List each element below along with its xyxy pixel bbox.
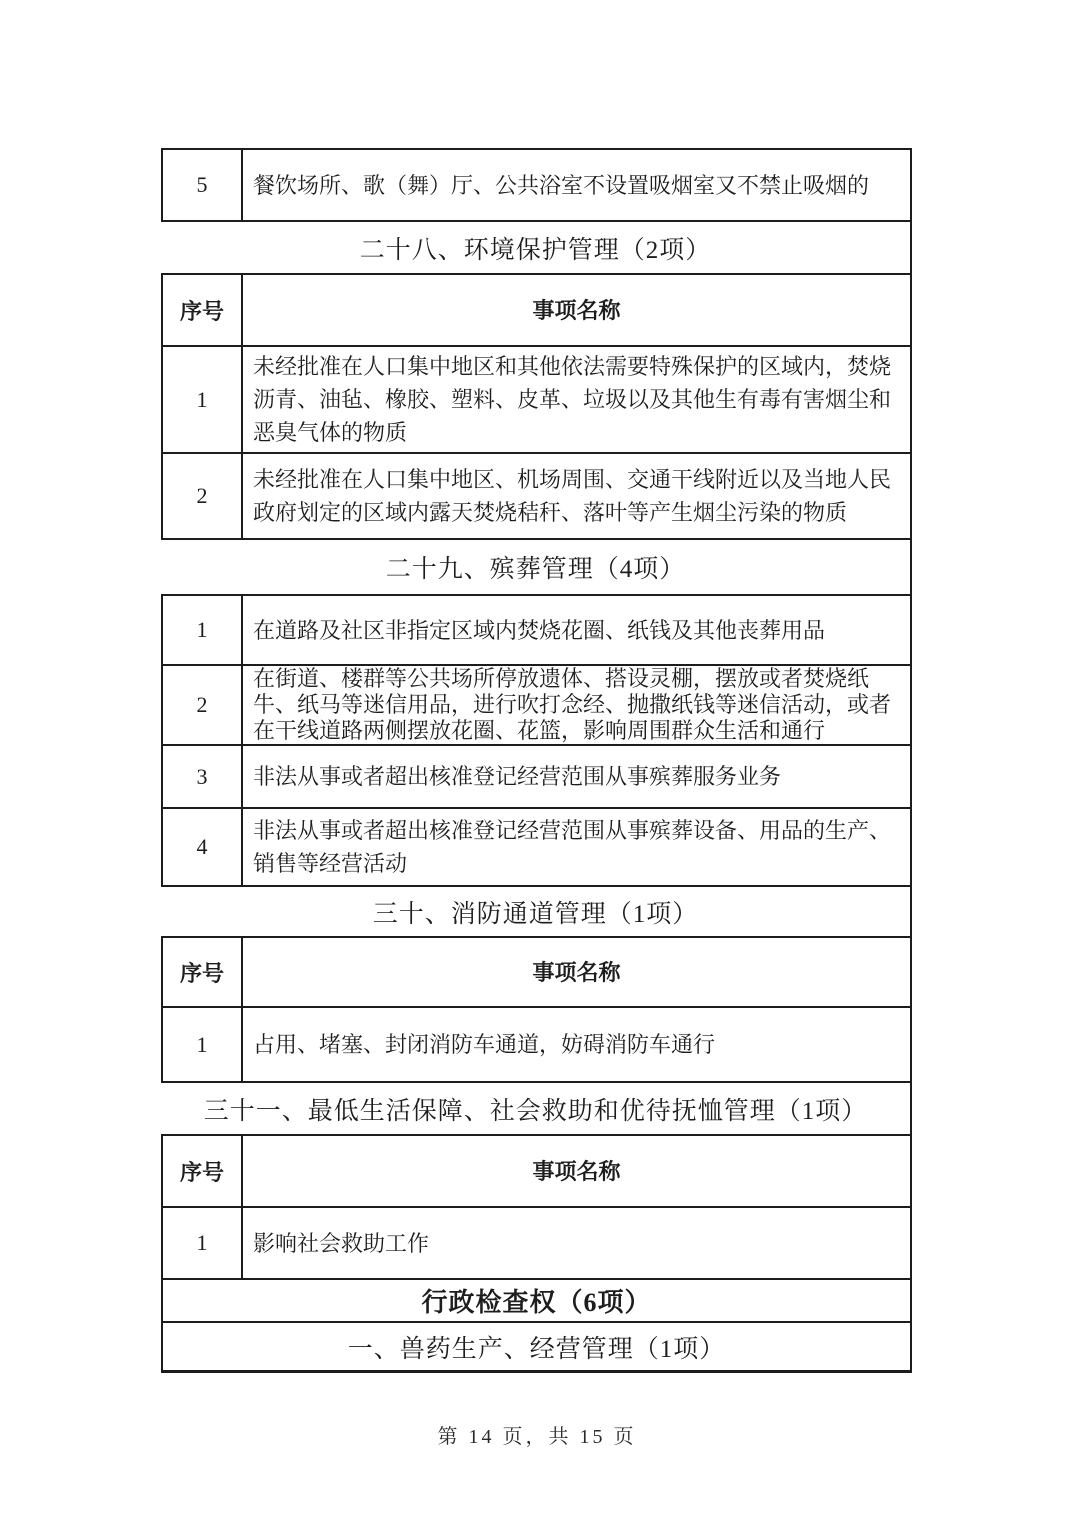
table-row: 3 非法从事或者超出核准登记经营范围从事殡葬服务业务 xyxy=(163,746,910,809)
table-header-row: 序号 事项名称 xyxy=(163,275,910,347)
row-number-cell: 1 xyxy=(163,1008,243,1081)
table-header-row: 序号 事项名称 xyxy=(163,938,910,1008)
row-number-cell: 5 xyxy=(163,150,243,220)
column-header-number: 序号 xyxy=(163,275,243,345)
table-row: 1 未经批准在人口集中地区和其他依法需要特殊保护的区域内，焚烧沥青、油毡、橡胶、… xyxy=(163,347,910,454)
section-title-31: 三十一、最低生活保障、社会救助和优待抚恤管理（1项） xyxy=(161,1083,910,1134)
section-title-30: 三十、消防通道管理（1项） xyxy=(161,887,910,936)
table-row: 2 未经批准在人口集中地区、机场周围、交通干线附近以及当地人民政府划定的区域内露… xyxy=(163,454,910,540)
row-number-cell: 2 xyxy=(163,454,243,538)
section-title-29: 二十九、殡葬管理（4项） xyxy=(161,540,910,594)
table-row: 2 在街道、楼群等公共场所停放遗体、搭设灵棚，摆放或者焚烧纸牛、纸马等迷信用品，… xyxy=(163,666,910,746)
row-text-cell: 未经批准在人口集中地区、机场周围、交通干线附近以及当地人民政府划定的区域内露天焚… xyxy=(243,454,910,538)
column-header-name: 事项名称 xyxy=(243,275,910,345)
column-header-name: 事项名称 xyxy=(243,1136,910,1206)
row-text-cell: 影响社会救助工作 xyxy=(243,1208,910,1278)
table-row: 4 非法从事或者超出核准登记经营范围从事殡葬设备、用品的生产、销售等经营活动 xyxy=(163,809,910,887)
row-number-cell: 3 xyxy=(163,746,243,807)
row-number-cell: 4 xyxy=(163,809,243,885)
table-row: 1 影响社会救助工作 xyxy=(163,1208,910,1280)
table-row: 1 占用、堵塞、封闭消防车通道，妨碍消防车通行 xyxy=(163,1008,910,1083)
table-section-29: 1 在道路及社区非指定区域内焚烧花圈、纸钱及其他丧葬用品 2 在街道、楼群等公共… xyxy=(161,594,910,887)
column-header-number: 序号 xyxy=(163,1136,243,1206)
row-text-cell: 在街道、楼群等公共场所停放遗体、搭设灵棚，摆放或者焚烧纸牛、纸马等迷信用品，进行… xyxy=(243,666,910,744)
section-title-28: 二十八、环境保护管理（2项） xyxy=(161,222,910,273)
table-section-30: 序号 事项名称 1 占用、堵塞、封闭消防车通道，妨碍消防车通行 xyxy=(161,936,910,1083)
column-header-number: 序号 xyxy=(163,938,243,1006)
row-text-cell: 在道路及社区非指定区域内焚烧花圈、纸钱及其他丧葬用品 xyxy=(243,596,910,664)
table-row: 5 餐饮场所、歌（舞）厅、公共浴室不设置吸烟室又不禁止吸烟的 xyxy=(163,150,910,222)
row-number-cell: 1 xyxy=(163,596,243,664)
row-text-cell: 餐饮场所、歌（舞）厅、公共浴室不设置吸烟室又不禁止吸烟的 xyxy=(243,150,910,220)
row-number-cell: 2 xyxy=(163,666,243,744)
page-number-footer: 第 14 页，共 15 页 xyxy=(0,1420,1074,1449)
table-carryover: 5 餐饮场所、歌（舞）厅、公共浴室不设置吸烟室又不禁止吸烟的 xyxy=(161,148,910,222)
row-text-cell: 非法从事或者超出核准登记经营范围从事殡葬服务业务 xyxy=(243,746,910,807)
row-text-cell: 占用、堵塞、封闭消防车通道，妨碍消防车通行 xyxy=(243,1008,910,1081)
row-number-cell: 1 xyxy=(163,347,243,452)
content-column: 5 餐饮场所、歌（舞）厅、公共浴室不设置吸烟室又不禁止吸烟的 二十八、环境保护管… xyxy=(161,148,912,1373)
table-header-row: 序号 事项名称 xyxy=(163,1136,910,1208)
inspection-rights-banner: 行政检查权（6项） xyxy=(163,1280,910,1323)
column-header-name: 事项名称 xyxy=(243,938,910,1006)
table-section-31: 序号 事项名称 1 影响社会救助工作 行政检查权（6项） 一、兽药生产、经营管理… xyxy=(161,1134,910,1373)
inspection-section-1-title: 一、兽药生产、经营管理（1项） xyxy=(163,1323,910,1373)
table-row: 1 在道路及社区非指定区域内焚烧花圈、纸钱及其他丧葬用品 xyxy=(163,596,910,666)
row-number-cell: 1 xyxy=(163,1208,243,1278)
table-section-28: 序号 事项名称 1 未经批准在人口集中地区和其他依法需要特殊保护的区域内，焚烧沥… xyxy=(161,273,910,540)
row-text-cell: 未经批准在人口集中地区和其他依法需要特殊保护的区域内，焚烧沥青、油毡、橡胶、塑料… xyxy=(243,347,910,452)
document-page: 5 餐饮场所、歌（舞）厅、公共浴室不设置吸烟室又不禁止吸烟的 二十八、环境保护管… xyxy=(0,0,1074,1519)
row-text-cell: 非法从事或者超出核准登记经营范围从事殡葬设备、用品的生产、销售等经营活动 xyxy=(243,809,910,885)
